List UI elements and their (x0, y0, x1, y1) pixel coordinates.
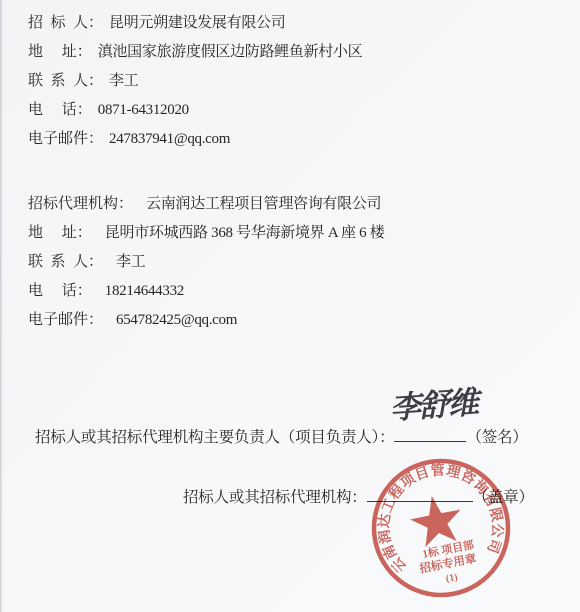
seal-graphic: 云南润达工程项目管理咨询有限公司 1标 项目部 招标专用章 (1) (360, 447, 522, 609)
tenderer-phone-row: 电 话：0871-64312020 (28, 96, 362, 125)
signature-line-suffix: （签名） (466, 429, 527, 446)
tenderer-info-block: 招 标 人：昆明元朔建设发展有限公司 地 址：滇池国家旅游度假区边防路鲤鱼新村小… (28, 9, 362, 154)
agency-email-row: 电子邮件：654782425@qq.com (28, 306, 384, 335)
field-value: 昆明元朔建设发展有限公司 (109, 15, 285, 31)
agency-phone-row: 电 话：18214644332 (28, 277, 384, 306)
field-label: 电子邮件： (28, 131, 103, 147)
field-value: 0871-64312020 (98, 102, 189, 118)
seal-inner-line-3: (1) (445, 572, 459, 585)
field-label: 招 标 人： (28, 15, 103, 31)
field-label: 电 话： (28, 283, 92, 299)
tenderer-address-row: 地 址：滇池国家旅游度假区边防路鲤鱼新村小区 (28, 38, 362, 67)
scan-edge-shadow (0, 0, 3, 612)
tenderer-name-row: 招 标 人：昆明元朔建设发展有限公司 (28, 9, 362, 38)
project-leader-signature-line: 招标人或其招标代理机构主要负责人（项目负责人）：李舒维（签名） (35, 427, 528, 448)
company-seal-stamp: 云南润达工程项目管理咨询有限公司 1标 项目部 招标专用章 (1) (360, 447, 522, 609)
field-value: 654782425@qq.com (116, 312, 237, 328)
field-value: 李工 (116, 254, 145, 270)
agency-address-row: 地 址：昆明市环城西路 368 号华海新境界 A 座 6 楼 (28, 219, 384, 248)
field-value: 昆明市环城西路 368 号华海新境界 A 座 6 楼 (105, 225, 385, 241)
field-label: 联 系 人： (28, 254, 103, 270)
star-icon (407, 491, 467, 549)
field-label: 地 址： (28, 225, 92, 241)
field-label: 电 话： (28, 102, 92, 118)
field-label: 联 系 人： (28, 73, 103, 89)
handwritten-signature: 李舒维 (390, 391, 501, 420)
field-value: 247837941@qq.com (109, 131, 230, 147)
agency-name-row: 招标代理机构：云南润达工程项目管理咨询有限公司 (28, 190, 384, 219)
tenderer-contact-row: 联 系 人：李工 (28, 67, 362, 96)
field-value: 云南润达工程项目管理咨询有限公司 (146, 196, 381, 212)
stamp-line-label: 招标人或其招标代理机构： (183, 489, 367, 506)
field-label: 招标代理机构： (28, 196, 133, 212)
field-value: 李工 (109, 73, 138, 89)
signature-underline: 李舒维 (394, 427, 466, 442)
agency-contact-row: 联 系 人：李工 (28, 248, 384, 277)
field-label: 地 址： (28, 44, 92, 60)
field-label: 电子邮件： (28, 312, 103, 328)
signature-line-label: 招标人或其招标代理机构主要负责人（项目负责人）： (35, 429, 394, 446)
field-value: 滇池国家旅游度假区边防路鲤鱼新村小区 (98, 44, 363, 60)
agency-info-block: 招标代理机构：云南润达工程项目管理咨询有限公司 地 址：昆明市环城西路 368 … (28, 190, 384, 335)
tenderer-email-row: 电子邮件：247837941@qq.com (28, 125, 362, 154)
field-value: 18214644332 (105, 283, 184, 299)
